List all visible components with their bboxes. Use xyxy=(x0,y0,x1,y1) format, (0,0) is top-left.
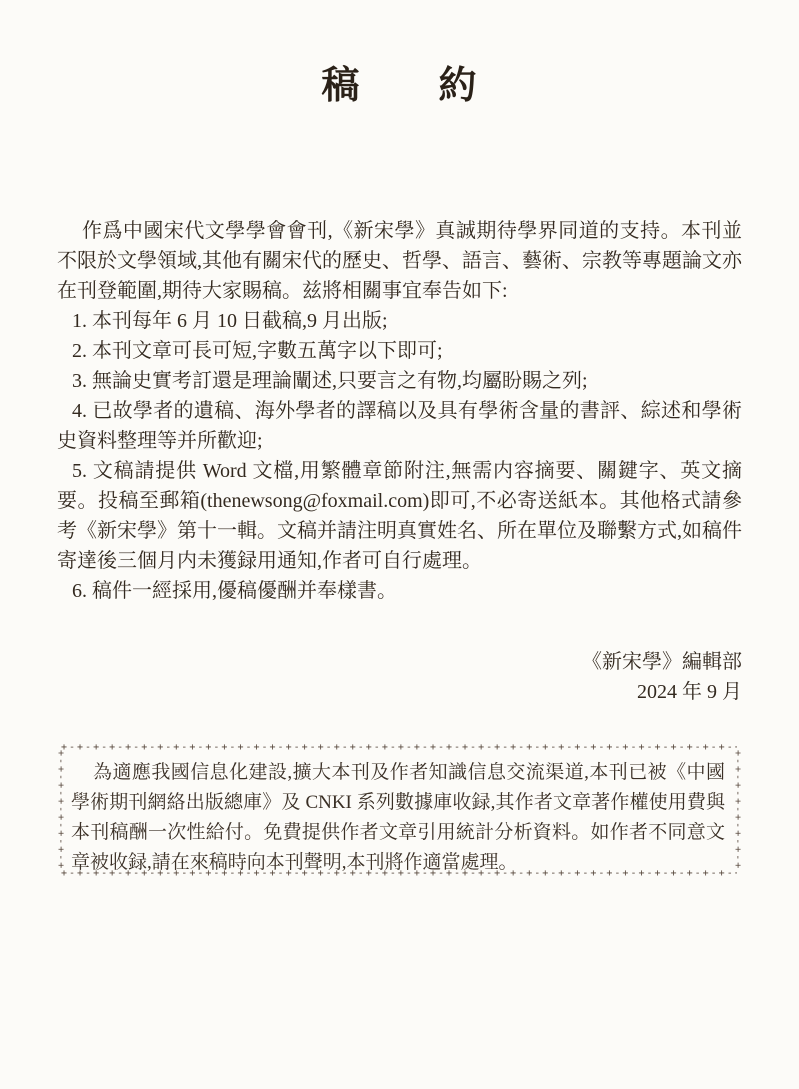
guideline-item-3: 3. 無論史實考訂還是理論闡述,只要言之有物,均屬盼賜之列; xyxy=(57,366,742,396)
body-text: 作爲中國宋代文學學會會刊,《新宋學》真誠期待學界同道的支持。本刊並不限於文學領域… xyxy=(57,216,742,707)
guideline-item-1: 1. 本刊每年 6 月 10 日截稿,9 月出版; xyxy=(57,306,742,336)
editorial-signature: 《新宋學》編輯部 xyxy=(57,647,742,677)
stitched-border-left: +-+-+-+-+-+-+-+-+-+-+-+-+-+-+-+-+-+-+-+-… xyxy=(55,750,66,872)
document-page: 稿 約 作爲中國宋代文學學會會刊,《新宋學》真誠期待學界同道的支持。本刊並不限於… xyxy=(0,0,799,1089)
guideline-item-2: 2. 本刊文章可長可短,字數五萬字以下即可; xyxy=(57,336,742,366)
page-title: 稿 約 xyxy=(0,54,799,109)
guideline-item-4: 4. 已故學者的遺稿、海外學者的譯稿以及具有學術含量的書評、綜述和學術史資料整理… xyxy=(57,396,742,456)
guideline-item-6: 6. 稿件一經採用,優稿優酬并奉樣書。 xyxy=(57,576,742,606)
stitched-border-top: +-+-+-+-+-+-+-+-+-+-+-+-+-+-+-+-+-+-+-+-… xyxy=(61,742,737,753)
database-notice-text: 為適應我國信息化建設,擴大本刊及作者知識信息交流渠道,本刊已被《中國學術期刊網絡… xyxy=(71,758,725,878)
guideline-item-5: 5. 文稿請提供 Word 文檔,用繁體章節附注,無需内容摘要、關鍵字、英文摘要… xyxy=(57,456,742,576)
database-notice-box: +-+-+-+-+-+-+-+-+-+-+-+-+-+-+-+-+-+-+-+-… xyxy=(57,746,741,876)
date-line: 2024 年 9 月 xyxy=(57,677,742,707)
intro-paragraph: 作爲中國宋代文學學會會刊,《新宋學》真誠期待學界同道的支持。本刊並不限於文學領域… xyxy=(57,216,742,306)
stitched-border-right: +-+-+-+-+-+-+-+-+-+-+-+-+-+-+-+-+-+-+-+-… xyxy=(732,750,743,872)
